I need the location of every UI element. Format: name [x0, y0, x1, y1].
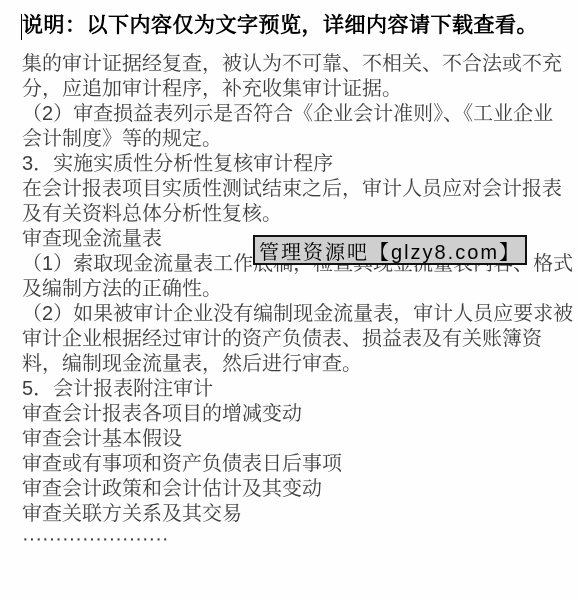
watermark-box: 管理资源吧【glzy8.com】	[253, 235, 527, 265]
watermark-label: 管理资源吧【glzy8.com】	[259, 236, 521, 265]
text-line: 及编制方法的正确性。	[22, 277, 567, 302]
text-line: 审查关联方关系及其交易	[22, 502, 567, 527]
text-line: 在会计报表项目实质性测试结束之后，审计人员应对会计报表	[22, 177, 567, 202]
text-line: （2）审查损益表列示是否符合《企业会计准则》、《工业企业	[22, 102, 567, 127]
text-line: 审计企业根据经过审计的资产负债表、损益表及有关账簿资	[22, 327, 567, 352]
text-line: 3．实施实质性分析性复核审计程序	[22, 152, 567, 177]
text-line: 会计制度》等的规定。	[22, 127, 567, 152]
text-line: 及有关资料总体分析性复核。	[22, 202, 567, 227]
preview-notice: 说明：以下内容仅为文字预览，详细内容请下载查看。	[22, 12, 538, 40]
document-body-text: 集的审计证据经复查，被认为不可靠、不相关、不合法或不充分，应追加审计程序，补充收…	[22, 52, 567, 552]
text-line: 5．会计报表附注审计	[22, 377, 567, 402]
text-line: （2）如果被审计企业没有编制现金流量表，审计人员应要求被	[22, 302, 567, 327]
text-line: 集的审计证据经复查，被认为不可靠、不相关、不合法或不充	[22, 52, 567, 77]
text-line: 审查会计政策和会计估计及其变动	[22, 477, 567, 502]
text-line: 料，编制现金流量表，然后进行审查。	[22, 352, 567, 377]
text-line: ······················	[22, 527, 567, 552]
text-line: 审查会计报表各项目的增减变动	[22, 402, 567, 427]
text-line: 审查会计基本假设	[22, 427, 567, 452]
text-line: 分，应追加审计程序，补充收集审计证据。	[22, 77, 567, 102]
document-preview-page: 说明：以下内容仅为文字预览，详细内容请下载查看。 集的审计证据经复查，被认为不可…	[0, 0, 578, 600]
text-line: 审查或有事项和资产负债表日后事项	[22, 452, 567, 477]
